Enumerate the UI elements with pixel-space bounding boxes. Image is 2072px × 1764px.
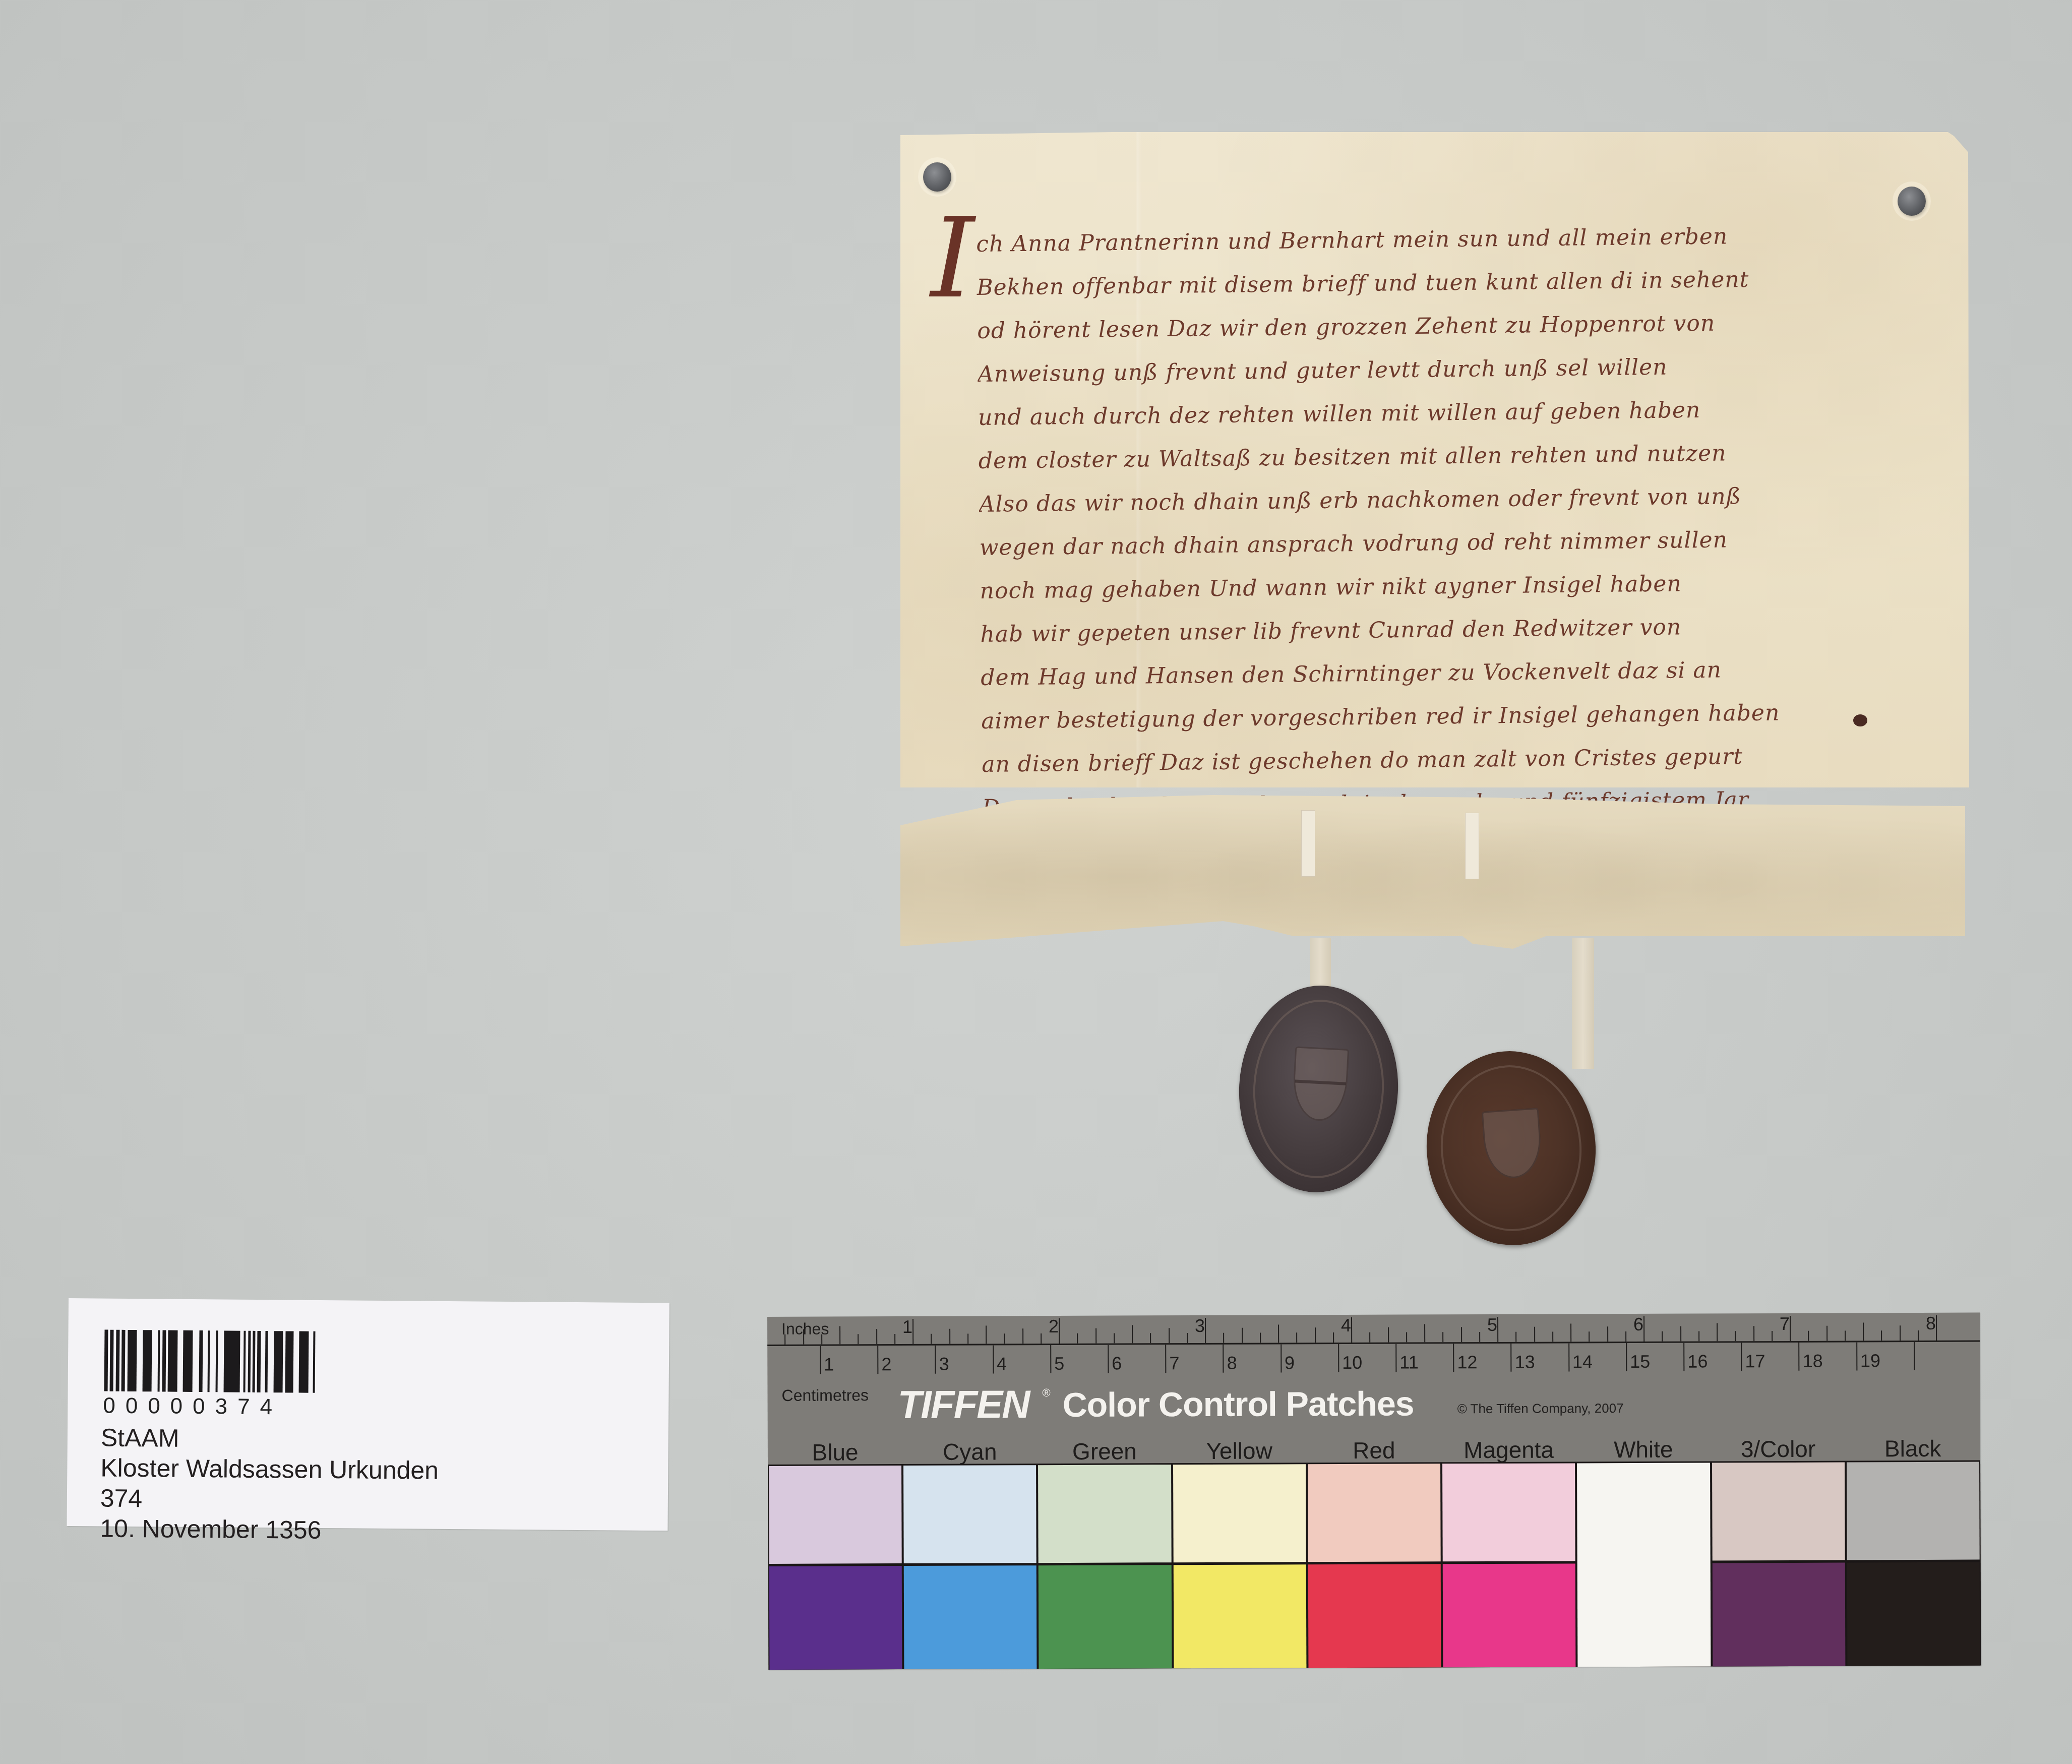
inch-tick	[1132, 1325, 1133, 1343]
patch-light-yellow	[1173, 1464, 1306, 1562]
inch-tick	[1022, 1328, 1023, 1344]
inch-tick	[1717, 1323, 1718, 1341]
inch-tick	[949, 1329, 950, 1344]
inch-tick	[1461, 1327, 1462, 1342]
inch-number: 5	[1487, 1314, 1497, 1335]
inch-tick	[1278, 1324, 1279, 1343]
cm-number: 12	[1457, 1352, 1477, 1373]
cm-tick	[1453, 1344, 1454, 1372]
inch-tick	[967, 1334, 968, 1344]
barcode-gap	[268, 1331, 274, 1392]
seal-slit	[1301, 810, 1315, 877]
cm-tick	[1511, 1344, 1512, 1372]
inch-number: 6	[1633, 1314, 1643, 1335]
cm-tick	[1338, 1344, 1339, 1372]
tiffen-logo: TIFFEN	[897, 1381, 1029, 1428]
inch-tick	[1095, 1328, 1096, 1344]
decorated-initial: I	[931, 203, 974, 314]
archive-name: StAAM	[101, 1423, 439, 1455]
cm-number: 3	[939, 1354, 949, 1375]
color-control-card: Inches Centimetres TIFFEN ® Color Contro…	[767, 1313, 1981, 1670]
barcode-bar	[168, 1330, 177, 1392]
barcode-gap	[293, 1331, 299, 1393]
inch-tick	[894, 1334, 895, 1344]
inch-tick	[986, 1325, 987, 1344]
patch-light-green	[1038, 1465, 1171, 1563]
cm-number: 16	[1687, 1351, 1708, 1372]
inch-number: 2	[1049, 1316, 1059, 1337]
patch-dark-yellow	[1173, 1564, 1306, 1668]
cm-number: 1	[824, 1354, 834, 1375]
inch-tick	[1479, 1332, 1480, 1342]
charter-document: I ch Anna Prantnerinn und Bernhart mein …	[900, 132, 1969, 949]
inch-tick	[1662, 1331, 1663, 1342]
cm-tick	[935, 1346, 936, 1374]
inch-tick	[839, 1326, 840, 1344]
cm-number: 9	[1285, 1352, 1295, 1373]
patch-label-3-color: 3/Color	[1710, 1435, 1846, 1463]
patch-light-red	[1308, 1464, 1441, 1562]
cm-tick	[1165, 1345, 1166, 1373]
cm-tick	[1683, 1343, 1684, 1371]
cm-number: 10	[1342, 1352, 1362, 1373]
barcode-bar	[127, 1330, 137, 1391]
cm-tick	[1856, 1342, 1857, 1370]
magnet-icon	[923, 162, 951, 192]
inch-tick	[1333, 1332, 1334, 1343]
inch-tick	[1845, 1331, 1846, 1341]
cm-tick	[1741, 1343, 1742, 1371]
ink-mark	[1853, 714, 1867, 726]
barcode-bar	[299, 1331, 309, 1393]
inch-tick	[1223, 1333, 1224, 1343]
barcode-digits: 00000374	[103, 1393, 282, 1420]
wax-seal-right	[1420, 1046, 1602, 1251]
inch-number: 7	[1780, 1313, 1790, 1334]
inch-tick	[1607, 1326, 1608, 1342]
inch-tick	[1808, 1331, 1809, 1341]
inch-number: 4	[1341, 1315, 1351, 1336]
inch-tick	[821, 1334, 822, 1345]
patch-names: BlueCyanGreenYellowRedMagentaWhite3/Colo…	[767, 1313, 1980, 1317]
patch-label-black: Black	[1845, 1435, 1981, 1463]
cm-tick	[1799, 1343, 1800, 1371]
cm-number: 17	[1745, 1351, 1765, 1372]
patch-label-white: White	[1575, 1435, 1712, 1463]
seal-slit	[1465, 813, 1479, 879]
inch-tick	[1863, 1322, 1864, 1341]
patch-light-black	[1847, 1462, 1980, 1560]
patch-label-red: Red	[1306, 1436, 1442, 1464]
archive-label: 00000374 StAAM Kloster Waldsassen Urkund…	[67, 1298, 669, 1531]
inch-tick	[1406, 1332, 1407, 1343]
patch-label-blue: Blue	[767, 1438, 903, 1466]
patch-dark-black	[1847, 1562, 1980, 1666]
inch-tick	[858, 1334, 859, 1344]
color-patches	[768, 1461, 1981, 1670]
barcode-gap	[192, 1330, 200, 1392]
inch-tick	[931, 1334, 932, 1344]
inch-tick	[1643, 1316, 1644, 1342]
barcode-gap	[137, 1330, 143, 1391]
patch-white	[1577, 1463, 1711, 1667]
cm-number: 5	[1054, 1353, 1064, 1374]
barcode-bar	[285, 1331, 293, 1392]
inch-tick	[1918, 1330, 1919, 1341]
cm-tick	[820, 1346, 821, 1374]
inch-tick	[1077, 1333, 1078, 1344]
barcode-gap	[152, 1330, 158, 1391]
barcode-bar	[313, 1331, 316, 1393]
plica-fold	[900, 785, 1969, 951]
inch-tick	[1388, 1327, 1389, 1343]
cm-number: 13	[1515, 1352, 1535, 1373]
patch-dark-magenta	[1443, 1563, 1576, 1667]
wax-seal-left	[1234, 982, 1403, 1196]
patch-label-yellow: Yellow	[1171, 1437, 1307, 1465]
inch-tick	[1772, 1331, 1773, 1341]
inch-tick	[1790, 1316, 1791, 1341]
cm-tick	[1568, 1343, 1569, 1371]
cm-tick	[1223, 1345, 1224, 1373]
copyright: © The Tiffen Company, 2007	[1457, 1401, 1624, 1417]
barcode-bar	[142, 1330, 152, 1391]
inch-tick	[1900, 1325, 1901, 1341]
scan-background: I ch Anna Prantnerinn und Bernhart mein …	[0, 0, 2072, 1764]
inch-tick	[1187, 1333, 1188, 1343]
barcode-gap	[177, 1330, 183, 1392]
inch-number: 8	[1926, 1313, 1936, 1334]
inch-tick	[1424, 1324, 1425, 1342]
cm-number: 2	[881, 1354, 891, 1375]
patch-light-3-color	[1712, 1463, 1845, 1561]
inch-tick	[784, 1334, 785, 1345]
ruler	[767, 1313, 1980, 1317]
document-number: 374	[100, 1483, 439, 1516]
cm-number: 11	[1399, 1352, 1419, 1373]
patch-dark-red	[1308, 1564, 1441, 1668]
barcode-gap	[218, 1330, 224, 1392]
inch-tick	[1625, 1331, 1626, 1342]
patch-light-cyan	[903, 1465, 1037, 1563]
inch-tick	[1753, 1326, 1754, 1341]
cm-tick	[1108, 1345, 1109, 1373]
centimetres-caption: Centimetres	[781, 1386, 869, 1405]
inch-tick	[1351, 1317, 1352, 1343]
inch-tick	[1515, 1332, 1516, 1342]
inch-number: 1	[902, 1316, 912, 1337]
inch-tick	[1260, 1333, 1261, 1343]
patch-label-green: Green	[1037, 1437, 1173, 1465]
document-date: 10. November 1356	[100, 1513, 438, 1546]
cm-tick	[877, 1346, 878, 1374]
inch-tick	[1881, 1330, 1882, 1341]
cm-number: 15	[1630, 1351, 1650, 1372]
barcode-bar	[273, 1331, 283, 1392]
seal-tag	[1572, 938, 1594, 1069]
registered-mark: ®	[1042, 1386, 1050, 1400]
patch-light-magenta	[1442, 1463, 1575, 1561]
inch-tick	[1497, 1317, 1498, 1342]
cm-number: 19	[1860, 1350, 1880, 1371]
inch-tick	[1150, 1333, 1151, 1343]
patch-dark-3-color	[1712, 1563, 1845, 1667]
barcode	[104, 1330, 316, 1393]
inch-tick	[1589, 1331, 1590, 1342]
cm-tick	[993, 1345, 994, 1373]
patch-dark-green	[1039, 1565, 1172, 1669]
inch-tick	[1041, 1333, 1042, 1344]
cm-number: 18	[1803, 1351, 1823, 1372]
cm-tick	[1395, 1344, 1396, 1372]
inch-tick	[1735, 1331, 1736, 1341]
collection-name: Kloster Waldsassen Urkunden	[100, 1453, 439, 1486]
inch-tick	[1242, 1328, 1243, 1343]
cm-tick	[1914, 1342, 1915, 1370]
patch-dark-blue	[769, 1566, 902, 1670]
card-title: Color Control Patches	[1062, 1384, 1414, 1425]
inch-tick	[1114, 1333, 1115, 1344]
inch-tick	[1205, 1318, 1206, 1343]
cm-number: 7	[1169, 1353, 1179, 1374]
inch-tick	[1698, 1331, 1699, 1342]
inch-tick	[1936, 1315, 1937, 1341]
inch-tick	[1534, 1327, 1535, 1342]
cm-number: 14	[1572, 1351, 1593, 1372]
cm-number: 6	[1112, 1353, 1122, 1374]
barcode-bar	[183, 1330, 193, 1392]
inch-tick	[1169, 1328, 1170, 1343]
barcode-bar	[223, 1330, 240, 1392]
patch-label-cyan: Cyan	[902, 1438, 1038, 1466]
cm-number: 8	[1227, 1353, 1237, 1374]
inch-tick	[1004, 1333, 1005, 1344]
patch-label-magenta: Magenta	[1441, 1436, 1577, 1464]
patch-dark-cyan	[904, 1565, 1037, 1669]
inch-tick	[876, 1329, 877, 1344]
inch-tick	[1826, 1326, 1827, 1341]
inch-number: 3	[1195, 1315, 1205, 1336]
inch-tick	[1680, 1326, 1681, 1342]
barcode-gap	[210, 1330, 216, 1392]
inch-tick	[1442, 1332, 1443, 1342]
charter-text: ch Anna Prantnerinn und Bernhart mein su…	[976, 213, 1930, 873]
inch-tick	[1369, 1332, 1370, 1343]
cm-tick	[1626, 1343, 1627, 1371]
inch-tick	[1059, 1318, 1060, 1344]
cm-number: 4	[997, 1353, 1007, 1374]
inch-tick	[1552, 1332, 1553, 1342]
patch-light-blue	[769, 1466, 902, 1564]
inch-tick	[803, 1329, 804, 1345]
cm-tick	[1050, 1345, 1051, 1373]
inch-tick	[912, 1319, 913, 1344]
magnet-icon	[1898, 187, 1926, 216]
cm-tick	[1281, 1344, 1282, 1372]
inch-tick	[1570, 1323, 1571, 1342]
inch-tick	[1315, 1327, 1316, 1343]
inch-tick	[1296, 1332, 1297, 1343]
